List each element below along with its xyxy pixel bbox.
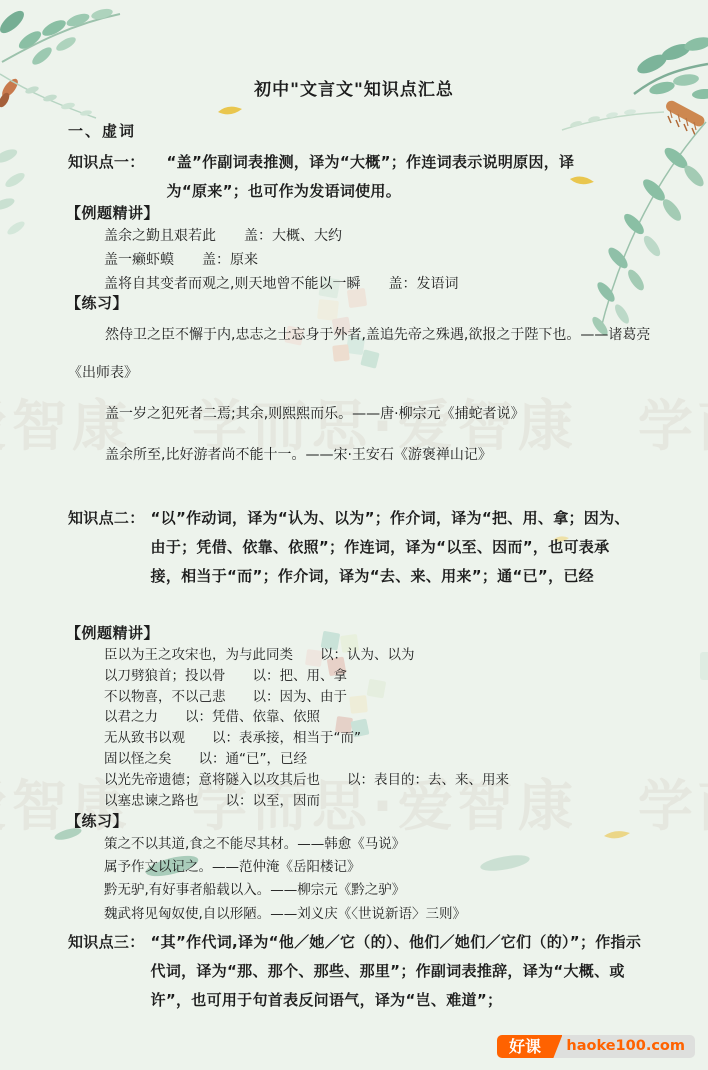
knowledge-point-1-label: 知识点一： [68,148,145,206]
examples-list-1: 盖余之勤且艰若此 盖：大概、大约 盖一癞虾蟆 盖：原来 盖将自其变者而观之,则天… [104,224,458,296]
example-line: 盖余之勤且艰若此 盖：大概、大约 [104,224,458,248]
knowledge-point-3-body: “其”作代词,译为“他／她／它（的）、他们／她们／它们（的）”；作指示代词，译为… [151,928,647,1015]
section-heading: 一、虚词 [68,120,136,141]
brand-badge: 好课100 haoke100.com [497,1035,695,1058]
practice-heading-1: 【练习】 [66,292,128,313]
example-line: 盖将自其变者而观之,则天地曾不能以一瞬 盖：发语词 [104,272,458,296]
practice-line: 魏武将见匈奴使,自以形陋。——刘义庆《〈世说新语〉三则》 [104,903,466,926]
example-line: 无从致书以观 以：表承接，相当于“而” [104,728,509,749]
document-page: 爱智康 学而思·爱智康 学而思 爱智康 学而思·爱智康 学而思 [0,0,708,1070]
knowledge-point-2: 知识点二： “以”作动词，译为“认为、以为”；作介词，译为“把、用、拿；因为、由… [68,504,637,591]
knowledge-point-1: 知识点一： “盖”作副词表推测，译为“大概”；作连词表示说明原因，译为“原来”；… [68,148,601,206]
knowledge-point-3: 知识点三： “其”作代词,译为“他／她／它（的）、他们／她们／它们（的）”；作指… [68,928,647,1015]
page-title: 初中"文言文"知识点汇总 [0,75,708,100]
example-line: 以光先帝遗德；意将隧入以攻其后也 以：表目的：去、来、用来 [104,770,509,791]
example-line: 盖一癞虾蟆 盖：原来 [104,248,458,272]
practice-line: 盖一岁之犯死者二焉;其余,则熙熙而乐。——唐·柳宗元《捕蛇者说》 [68,395,653,433]
example-line: 不以物喜，不以己悲 以：因为、由于 [104,687,509,708]
knowledge-point-2-body: “以”作动词，译为“认为、以为”；作介词，译为“把、用、拿；因为、由于；凭借、依… [151,504,637,591]
examples-heading-1: 【例题精讲】 [66,202,159,223]
practice-list-2: 策之不以其道,食之不能尽其材。——韩愈《马说》 属予作文以记之。——范仲淹《岳阳… [104,833,466,926]
knowledge-point-3-label: 知识点三： [68,928,145,1015]
example-line: 以君之力 以：凭借、依靠、依照 [104,707,509,728]
example-line: 以刀劈狼首；投以骨 以：把、用、拿 [104,666,509,687]
practice-line: 然侍卫之臣不懈于内,忠志之士忘身于外者,盖追先帝之殊遇,欲报之于陛下也。——诸葛… [68,316,653,392]
knowledge-point-2-label: 知识点二： [68,504,145,591]
brand-domain: haoke100.com [562,1035,695,1058]
document-content: 初中"文言文"知识点汇总 一、虚词 知识点一： “盖”作副词表推测，译为“大概”… [0,0,708,1070]
examples-heading-2: 【例题精讲】 [66,622,159,643]
brand-name: 好课100 [497,1035,562,1058]
practice-line: 黔无驴,有好事者船载以入。——柳宗元《黔之驴》 [104,879,466,902]
practice-line: 盖余所至,比好游者尚不能十一。——宋·王安石《游褒禅山记》 [68,436,653,474]
practice-list-1: 然侍卫之臣不懈于内,忠志之士忘身于外者,盖追先帝之殊遇,欲报之于陛下也。——诸葛… [68,316,653,477]
example-line: 臣以为王之攻宋也，为与此同类 以：认为、以为 [104,645,509,666]
example-line: 固以怪之矣 以：通“已”，已经 [104,749,509,770]
practice-line: 策之不以其道,食之不能尽其材。——韩愈《马说》 [104,833,466,856]
knowledge-point-1-body: “盖”作副词表推测，译为“大概”；作连词表示说明原因，译为“原来”；也可作为发语… [167,148,601,206]
example-line: 以塞忠谏之路也 以：以至，因而 [104,791,509,812]
examples-list-2: 臣以为王之攻宋也，为与此同类 以：认为、以为 以刀劈狼首；投以骨 以：把、用、拿… [104,645,509,811]
practice-line: 属予作文以记之。——范仲淹《岳阳楼记》 [104,856,466,879]
practice-heading-2: 【练习】 [66,810,128,831]
